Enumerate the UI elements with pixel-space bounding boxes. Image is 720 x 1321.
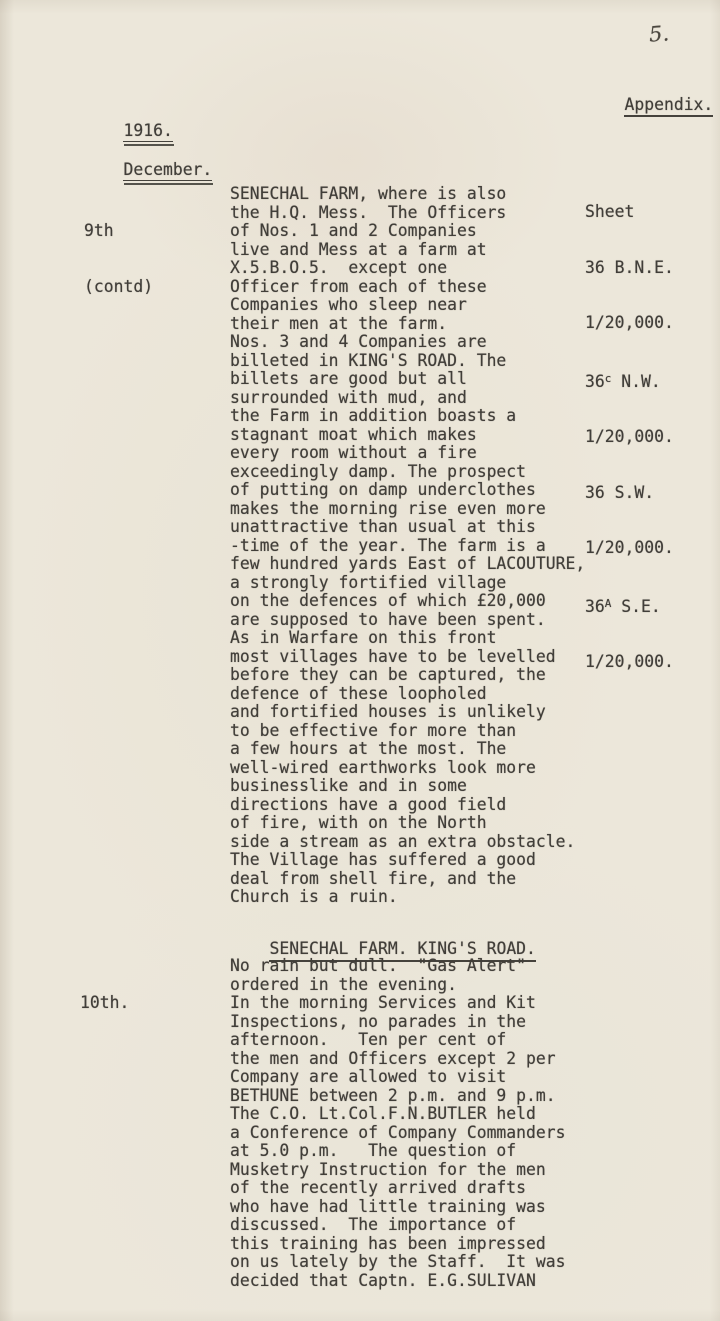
diary-text-line: stagnant moat which makes <box>230 426 585 445</box>
diary-text-line: X.5.B.O.5. except one <box>230 259 585 278</box>
sheet-scale: 1/20,000. <box>585 653 674 672</box>
diary-text-line: exceedingly damp. The prospect <box>230 463 585 482</box>
entry-10th-text: No rain but dull. "Gas Alert"ordered in … <box>230 957 566 1290</box>
diary-text-line: Church is a ruin. <box>230 888 585 907</box>
map-sheet-reference-column: Sheet 36 B.N.E. 1/20,000. 36c N.W. 1/20,… <box>585 166 674 709</box>
diary-text-line: deal from shell fire, and the <box>230 870 585 889</box>
sheet-ref: 36 B.N.E. <box>585 259 674 278</box>
diary-text-line: their men at the farm. <box>230 315 585 334</box>
page-number: 5. <box>648 21 670 46</box>
diary-text-line: -time of the year. The farm is a <box>230 537 585 556</box>
diary-text-line: As in Warfare on this front <box>230 629 585 648</box>
diary-text-line: a Conference of Company Commanders <box>230 1124 566 1143</box>
diary-text-line: afternoon. Ten per cent of <box>230 1031 566 1050</box>
sheet-ref: 36A S.E. <box>585 595 674 617</box>
diary-text-line: live and Mess at a farm at <box>230 241 585 260</box>
diary-text-line: businesslike and in some <box>230 777 585 796</box>
diary-text-line: a strongly fortified village <box>230 574 585 593</box>
diary-text-line: unattractive than usual at this <box>230 518 585 537</box>
appendix-label: Appendix. <box>624 96 713 118</box>
diary-text-line: of Nos. 1 and 2 Companies <box>230 222 585 241</box>
entry-date-contd-label: (contd) <box>84 278 153 297</box>
diary-text-line: the H.Q. Mess. The Officers <box>230 204 585 223</box>
diary-text-line: of fire, with on the North <box>230 814 585 833</box>
sheet-scale: 1/20,000. <box>585 314 674 333</box>
diary-text-line: surrounded with mud, and <box>230 389 585 408</box>
diary-text-line: the men and Officers except 2 per <box>230 1050 566 1069</box>
diary-text-line: at 5.0 p.m. The question of <box>230 1142 566 1161</box>
diary-text-line: of putting on damp underclothes <box>230 481 585 500</box>
diary-text-line: few hundred yards East of LACOUTURE, <box>230 555 585 574</box>
diary-text-line: of the recently arrived drafts <box>230 1179 566 1198</box>
diary-text-line: side a stream as an extra obstacle. <box>230 833 585 852</box>
diary-text-line: before they can be captured, the <box>230 666 585 685</box>
month-label: December. <box>123 161 212 182</box>
diary-text-line: directions have a good field <box>230 796 585 815</box>
diary-text-line: the Farm in addition boasts a <box>230 407 585 426</box>
diary-text-line: this training has been impressed <box>230 1235 566 1254</box>
appendix-heading: Appendix. <box>585 77 713 136</box>
sheet-scale: 1/20,000. <box>585 428 674 447</box>
diary-text-line: Nos. 3 and 4 Companies are <box>230 333 585 352</box>
diary-text-line: and fortified houses is unlikely <box>230 703 585 722</box>
diary-text-line: Inspections, no parades in the <box>230 1013 566 1032</box>
sheet-ref: 36c N.W. <box>585 370 674 392</box>
entry-date-label: 10th. <box>80 994 129 1013</box>
diary-text-line: ordered in the evening. <box>230 976 566 995</box>
entry-date-10th: 10th. <box>80 957 129 1050</box>
diary-text-line: decided that Captn. E.G.SULIVAN <box>230 1272 566 1291</box>
diary-text-line: BETHUNE between 2 p.m. and 9 p.m. <box>230 1087 566 1106</box>
diary-text-line: billets are good but all <box>230 370 585 389</box>
diary-text-line: most villages have to be levelled <box>230 648 585 667</box>
sheet-column-header: Sheet <box>585 203 674 222</box>
diary-text-line: discussed. The importance of <box>230 1216 566 1235</box>
diary-text-line: makes the morning rise even more <box>230 500 585 519</box>
diary-text-line: a few hours at the most. The <box>230 740 585 759</box>
diary-text-line: The C.O. Lt.Col.F.N.BUTLER held <box>230 1105 566 1124</box>
diary-text-line: In the morning Services and Kit <box>230 994 566 1013</box>
diary-text-line: No rain but dull. "Gas Alert" <box>230 957 566 976</box>
diary-text-line: every room without a fire <box>230 444 585 463</box>
entry-date-9th: 9th (contd) <box>84 185 153 333</box>
diary-text-line: who have had little training was <box>230 1198 566 1217</box>
diary-text-line: Companies who sleep near <box>230 296 585 315</box>
diary-text-line: Company are allowed to visit <box>230 1068 566 1087</box>
sheet-ref: 36 S.W. <box>585 484 674 503</box>
entry-9th-text: SENECHAL FARM, where is alsothe H.Q. Mes… <box>230 185 585 907</box>
year-label: 1916. <box>123 122 172 143</box>
diary-text-line: well-wired earthworks look more <box>230 759 585 778</box>
war-diary-page: 5. Appendix. 1916. December. Sheet 36 B.… <box>0 0 720 1321</box>
diary-text-line: are supposed to have been spent. <box>230 611 585 630</box>
diary-text-line: The Village has suffered a good <box>230 851 585 870</box>
diary-text-line: Officer from each of these <box>230 278 585 297</box>
sheet-scale: 1/20,000. <box>585 539 674 558</box>
diary-text-line: on the defences of which £20,000 <box>230 592 585 611</box>
diary-text-line: to be effective for more than <box>230 722 585 741</box>
diary-text-line: defence of these loopholed <box>230 685 585 704</box>
diary-text-line: SENECHAL FARM, where is also <box>230 185 585 204</box>
entry-date-label: 9th <box>84 222 153 241</box>
diary-text-line: Musketry Instruction for the men <box>230 1161 566 1180</box>
diary-text-line: on us lately by the Staff. It was <box>230 1253 566 1272</box>
diary-text-line: billeted in KING'S ROAD. The <box>230 352 585 371</box>
